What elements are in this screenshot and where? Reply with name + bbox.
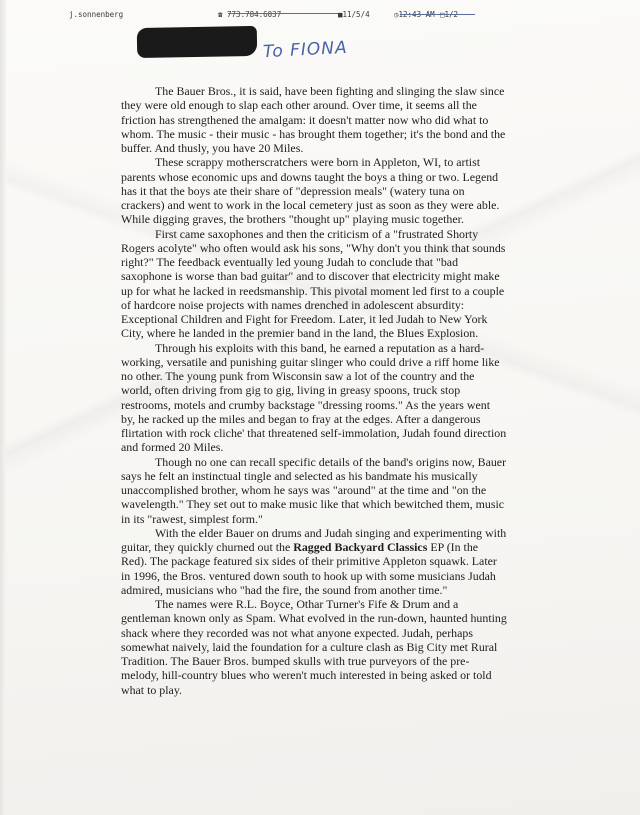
fax-date-value: 11/5/4 — [343, 10, 370, 19]
paragraph: The Bauer Bros., it is said, have been f… — [121, 84, 507, 155]
fax-sender: j.sonnenberg — [69, 10, 123, 19]
paragraph: The names were R.L. Boyce, Othar Turner'… — [121, 597, 507, 697]
paragraph: With the elder Bauer on drums and Judah … — [121, 526, 507, 597]
page-edge-shadow — [0, 0, 6, 815]
paragraph: First came saxophones and then the criti… — [121, 227, 507, 341]
paragraph: Through his exploits with this band, he … — [121, 341, 507, 455]
album-title: Ragged Backyard Classics — [293, 540, 427, 554]
pen-strike-line — [400, 14, 475, 15]
paragraph: These scrappy motherscratchers were born… — [121, 155, 507, 226]
document-body: The Bauer Bros., it is said, have been f… — [121, 84, 507, 697]
fax-date: ■11/5/4 — [338, 10, 370, 19]
pen-strike-line — [228, 13, 338, 14]
redaction-marker — [137, 26, 258, 58]
fax-phone: ☎ 773.784.6037 — [218, 10, 281, 19]
fax-phone-number: 773.784.6037 — [227, 10, 281, 19]
paragraph: Though no one can recall specific detail… — [121, 455, 507, 526]
